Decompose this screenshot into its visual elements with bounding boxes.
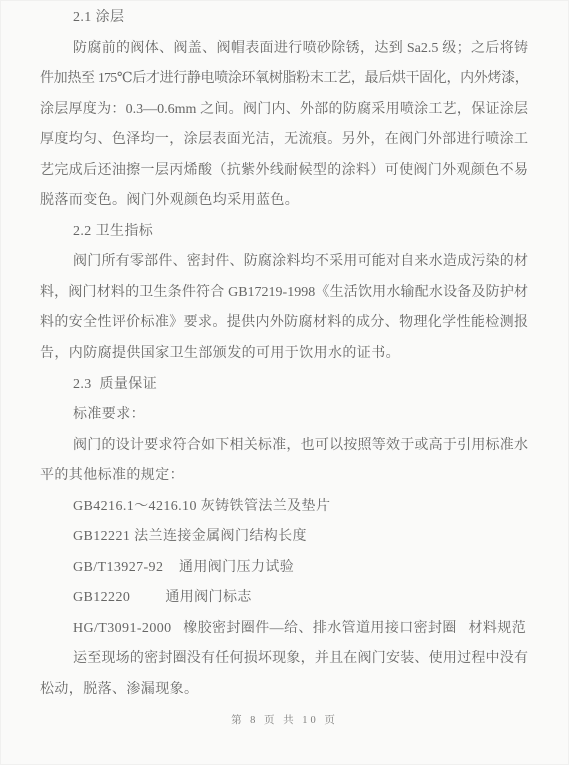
section-heading-2-3: 2.3 质量保证 [40,370,528,401]
standard-line: GB12220 通用阀门标志 [40,583,528,614]
paragraph-line: 阀门所有零部件、密封件、防腐涂料均不采用可能对自来水造成污染的材 [40,247,528,278]
paragraph-line: 料，阀门材料的卫生条件符合 GB17219-1998《生活饮用水输配水设备及防护… [40,278,528,309]
paragraph-line: 料的安全性评价标准》要求。提供内外防腐材料的成分、物理化学性能检测报 [40,308,528,339]
standard-line: HG/T3091-2000 橡胶密封圈件—给、排水管道用接口密封圈 材料规范 [40,614,528,645]
paragraph-line: 标准要求： [40,400,528,431]
paragraph-line: 平的其他标准的规定： [40,461,528,492]
section-heading-2-2: 2.2 卫生指标 [40,217,528,248]
paragraph-line: 涂层厚度为：0.3—0.6mm 之间。阀门内、外部的防腐采用喷涂工艺，保证涂层 [40,95,528,126]
paragraph-line: 防腐前的阀体、阀盖、阀帽表面进行喷砂除锈，达到 Sa2.5 级；之后将铸 [40,34,528,65]
document-page: 2.1 涂层防腐前的阀体、阀盖、阀帽表面进行喷砂除锈，达到 Sa2.5 级；之后… [0,0,569,765]
paragraph-line: 松动，脱落、渗漏现象。 [40,675,528,706]
standard-line: GB12221 法兰连接金属阀门结构长度 [40,522,528,553]
paragraph-line: 艺完成后还油擦一层丙烯酸（抗紫外线耐候型的涂料）可使阀门外观颜色不易 [40,156,528,187]
paragraph-line: 厚度均匀、色泽均一，涂层表面光洁，无流痕。另外，在阀门外部进行喷涂工 [40,125,528,156]
page-number-footer: 第 8 页 共 10 页 [0,710,569,732]
standard-line: GB/T13927-92 通用阀门压力试验 [40,553,528,584]
paragraph-line: 阀门的设计要求符合如下相关标准，也可以按照等效于或高于引用标准水 [40,431,528,462]
standard-line: GB4216.1～4216.10 灰铸铁管法兰及垫片 [40,492,528,523]
document-body: 2.1 涂层防腐前的阀体、阀盖、阀帽表面进行喷砂除锈，达到 Sa2.5 级；之后… [40,3,528,706]
paragraph-line: 件加热至 175℃后才进行静电喷涂环氧树脂粉末工艺，最后烘干固化，内外烤漆， [40,64,528,95]
paragraph-line: 脱落而变色。阀门外观颜色均采用蓝色。 [40,186,528,217]
section-heading-2-1: 2.1 涂层 [40,3,528,34]
paragraph-line: 告，内防腐提供国家卫生部颁发的可用于饮用水的证书。 [40,339,528,370]
paragraph-line: 运至现场的密封圈没有任何损坏现象，并且在阀门安装、使用过程中没有 [40,644,528,675]
